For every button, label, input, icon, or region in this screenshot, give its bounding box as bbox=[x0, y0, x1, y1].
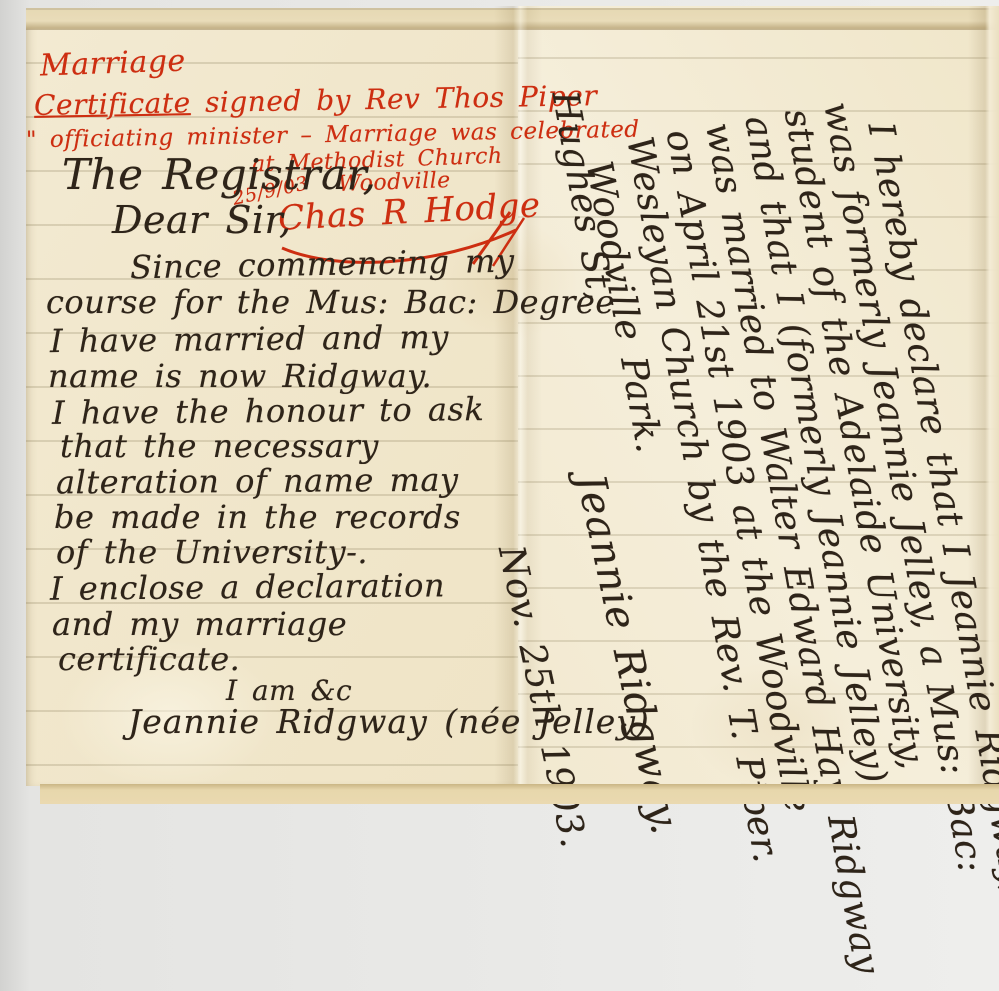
body-line: of the University-. bbox=[56, 533, 368, 571]
letter-scan: Marriage Certificate signed by Rev Thos … bbox=[0, 0, 999, 804]
body-line: that the necessary bbox=[60, 427, 379, 465]
body-line: and my marriage bbox=[52, 605, 347, 643]
body-line: certificate. bbox=[58, 640, 240, 678]
body-line: name is now Ridgway. bbox=[48, 357, 432, 395]
body-line: alteration of name may bbox=[56, 461, 459, 502]
bottom-sheet-edge bbox=[40, 784, 999, 804]
body-line: Since commencing my bbox=[130, 242, 515, 287]
salutation-line: Dear Sir, bbox=[112, 198, 292, 242]
body-line: I have married and my bbox=[50, 318, 449, 360]
body-line: course for the Mus: Bac: Degree bbox=[46, 283, 615, 321]
recipient-line: The Registrar, bbox=[62, 150, 376, 199]
body-line: be made in the records bbox=[54, 498, 461, 536]
body-line: I have the honour to ask bbox=[52, 390, 485, 432]
red-note-line-1: Marriage bbox=[39, 43, 186, 83]
body-line: I enclose a declaration bbox=[50, 566, 445, 607]
sender-signature-left: Jeannie Ridgway (née Jelley) bbox=[128, 702, 650, 741]
red-note-certificate-word: Certificate bbox=[34, 86, 191, 122]
